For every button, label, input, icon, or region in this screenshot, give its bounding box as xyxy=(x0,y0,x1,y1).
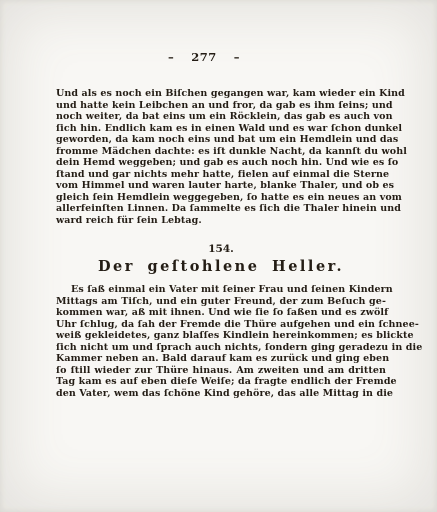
text-line: geworden, da kam noch eins und bat um ei… xyxy=(56,134,386,146)
text-line: ſich hin. Endlich kam es in einen Wald u… xyxy=(56,123,386,135)
book-page-scan: – 277 – Und als es noch ein Biſchen gega… xyxy=(0,0,437,512)
text-line: Es ſaß einmal ein Vater mit ſeiner Frau … xyxy=(56,284,386,296)
text-line: ſich nicht um und ſprach auch nichts, ſo… xyxy=(56,342,386,354)
text-line: gleich ſein Hemdlein weggegeben, ſo hatt… xyxy=(56,192,386,204)
text-line: und hatte kein Leibchen an und fror, da … xyxy=(56,100,386,112)
text-line: ward reich für ſein Lebtag. xyxy=(56,215,386,227)
header-dash-left: – xyxy=(168,50,174,64)
text-line: kommen war, aß mit ihnen. Und wie ſie ſo… xyxy=(56,307,386,319)
page-number: 277 xyxy=(191,50,217,64)
text-line: ſo ſtill wieder zur Thüre hinaus. Am zwe… xyxy=(56,365,386,377)
text-line: weiß gekleidetes, ganz blaſſes Kindlein … xyxy=(56,330,386,342)
tale-number: 154. xyxy=(56,243,386,255)
text-line: ſtand und gar nichts mehr hatte, fielen … xyxy=(56,169,386,181)
page-header: – 277 – xyxy=(39,50,369,64)
tale-title: Der geſtohlene Heller. xyxy=(56,258,386,275)
header-dash-right: – xyxy=(234,50,240,64)
text-line: allerfeinſten Linnen. Da ſammelte es ſic… xyxy=(56,203,386,215)
text-line: Uhr ſchlug, da ſah der Fremde die Thüre … xyxy=(56,319,386,331)
text-line: den Vater, wem das ſchöne Kind gehöre, d… xyxy=(56,388,386,400)
text-line: Mittags am Tiſch, und ein guter Freund, … xyxy=(56,296,386,308)
text-line: fromme Mädchen dachte: es iſt dunkle Nac… xyxy=(56,146,386,158)
text-line: Tag kam es auf eben dieſe Weiſe; da frag… xyxy=(56,376,386,388)
text-column: Und als es noch ein Biſchen gegangen war… xyxy=(56,88,386,399)
text-line: dein Hemd weggeben; und gab es auch noch… xyxy=(56,157,386,169)
text-line: Kammer neben an. Bald darauf kam es zurü… xyxy=(56,353,386,365)
text-line: vom Himmel und waren lauter harte, blank… xyxy=(56,180,386,192)
previous-tale-ending-paragraph: Und als es noch ein Biſchen gegangen war… xyxy=(56,88,386,226)
text-line: Und als es noch ein Biſchen gegangen war… xyxy=(56,88,386,100)
text-line: noch weiter, da bat eins um ein Röcklein… xyxy=(56,111,386,123)
tale-body-paragraph: Es ſaß einmal ein Vater mit ſeiner Frau … xyxy=(56,284,386,399)
